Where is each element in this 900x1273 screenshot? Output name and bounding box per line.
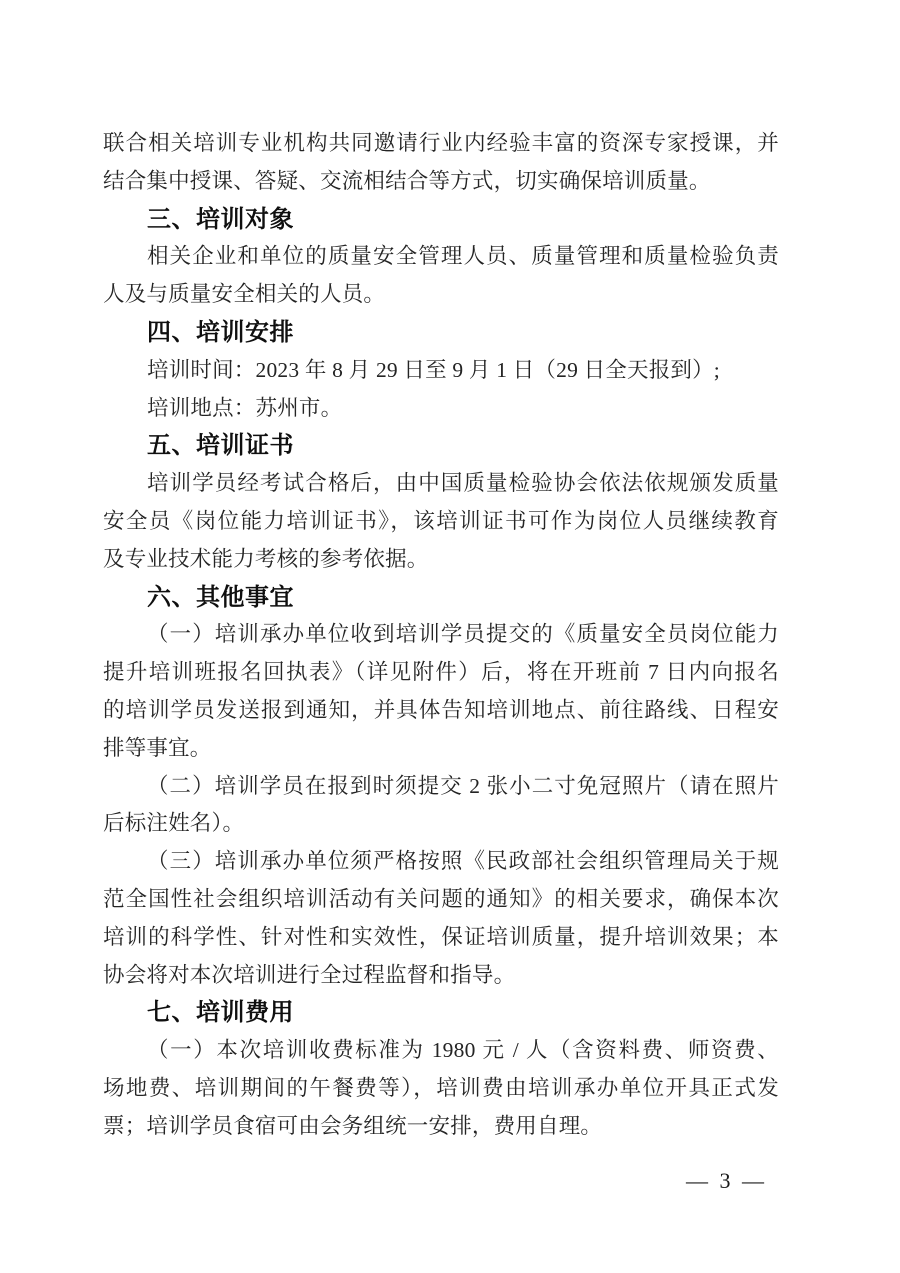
- text-line: 结合集中授课、答疑、交流相结合等方式，切实确保培训质量。: [103, 163, 779, 201]
- text-line-training-time: 培训时间：2023 年 8 月 29 日至 9 月 1 日（29 日全天报到）;: [103, 352, 779, 390]
- text-line-training-location: 培训地点：苏州市。: [103, 390, 779, 428]
- text-line: 相关企业和单位的质量安全管理人员、质量管理和质量检验负责: [103, 238, 779, 276]
- text-line: 后标注姓名）。: [103, 805, 779, 843]
- heading-training-certificate: 五、培训证书: [147, 427, 779, 465]
- text-line: 范全国性社会组织培训活动有关问题的通知》的相关要求，确保本次: [103, 881, 779, 919]
- text-line: 排等事宜。: [103, 730, 779, 768]
- heading-training-schedule: 四、培训安排: [147, 314, 779, 352]
- document-body: 联合相关培训专业机构共同邀请行业内经验丰富的资深专家授课，并 结合集中授课、答疑…: [103, 0, 779, 1146]
- text-line: （一）本次培训收费标准为 1980 元 / 人（含资料费、师资费、: [103, 1032, 779, 1070]
- heading-other-matters: 六、其他事宜: [147, 579, 779, 617]
- text-line: 场地费、培训期间的午餐费等），培训费由培训承办单位开具正式发: [103, 1070, 779, 1108]
- text-line: 协会将对本次培训进行全过程监督和指导。: [103, 957, 779, 995]
- text-line: （二）培训学员在报到时须提交 2 张小二寸免冠照片（请在照片: [103, 768, 779, 806]
- text-line: 人及与质量安全相关的人员。: [103, 276, 779, 314]
- text-line: 安全员《岗位能力培训证书》，该培训证书可作为岗位人员继续教育: [103, 503, 779, 541]
- text-line: 培训学员经考试合格后，由中国质量检验协会依法依规颁发质量: [103, 465, 779, 503]
- text-line: （一）培训承办单位收到培训学员提交的《质量安全员岗位能力: [103, 616, 779, 654]
- page-number: — 3 —: [686, 1168, 767, 1194]
- text-line: 提升培训班报名回执表》（详见附件）后，将在开班前 7 日内向报名: [103, 654, 779, 692]
- text-line: 的培训学员发送报到通知，并具体告知培训地点、前往路线、日程安: [103, 692, 779, 730]
- document-page: 联合相关培训专业机构共同邀请行业内经验丰富的资深专家授课，并 结合集中授课、答疑…: [0, 0, 900, 1273]
- heading-training-audience: 三、培训对象: [147, 201, 779, 239]
- text-line: 票；培训学员食宿可由会务组统一安排，费用自理。: [103, 1108, 779, 1146]
- text-line: 培训的科学性、针对性和实效性，保证培训质量，提升培训效果；本: [103, 919, 779, 957]
- text-line: （三）培训承办单位须严格按照《民政部社会组织管理局关于规: [103, 843, 779, 881]
- text-line: 联合相关培训专业机构共同邀请行业内经验丰富的资深专家授课，并: [103, 125, 779, 163]
- text-line: 及专业技术能力考核的参考依据。: [103, 541, 779, 579]
- heading-training-fees: 七、培训费用: [147, 994, 779, 1032]
